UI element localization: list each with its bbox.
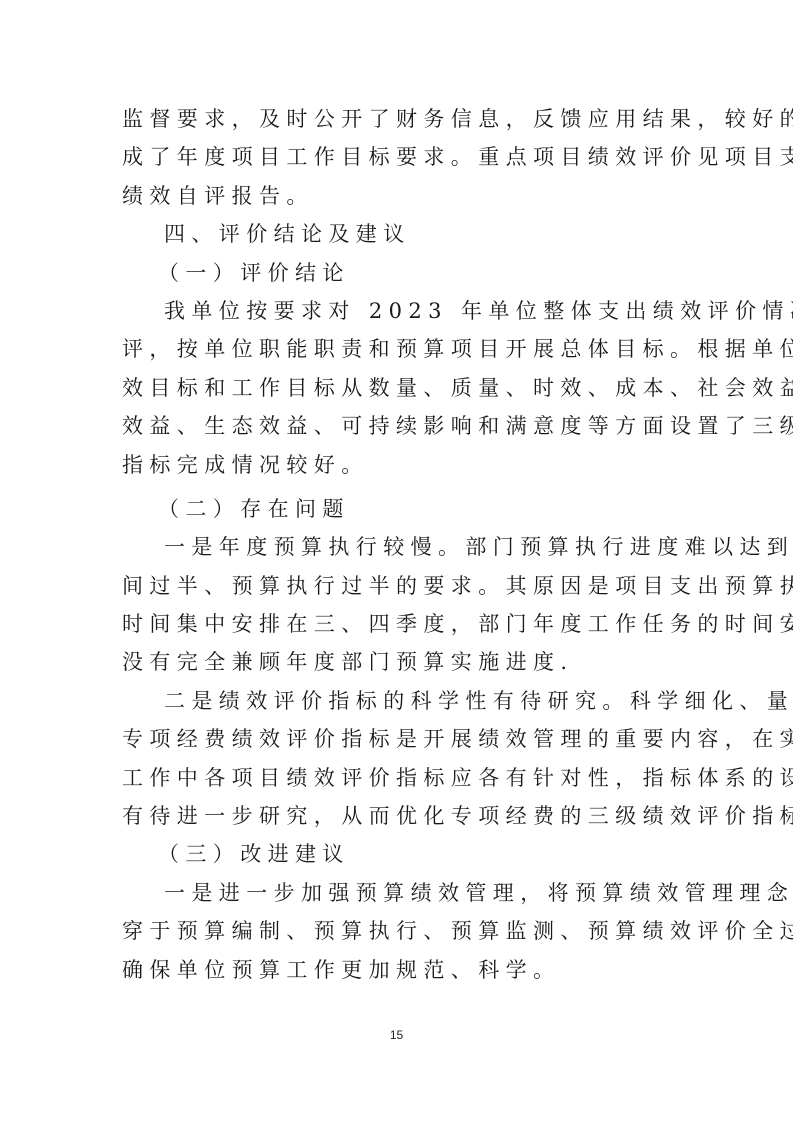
text-line: 穿于预算编制、预算执行、预算监测、预算绩效评价全过程， [122, 912, 674, 950]
text-line: 间过半、预算执行过半的要求。其原因是项目支出预算执行 [122, 567, 674, 605]
text-line: 绩效自评报告。 [122, 177, 674, 215]
text-line: 效目标和工作目标从数量、质量、时效、成本、社会效益、经济 [122, 369, 674, 407]
paragraph-suggestion-1: 一是进一步加强预算绩效管理，将预算绩效管理理念贯 穿于预算编制、预算执行、预算监… [122, 874, 674, 989]
text-line: 成了年度项目工作目标要求。重点项目绩效评价见项目支出 [122, 138, 674, 176]
text-line: 指标完成情况较好。 [122, 446, 674, 484]
subsection-heading-suggestions: （三）改进建议 [122, 835, 674, 873]
paragraph-continuation: 监督要求，及时公开了财务信息，反馈应用结果，较好的完 成了年度项目工作目标要求。… [122, 100, 674, 215]
text-line: 监督要求，及时公开了财务信息，反馈应用结果，较好的完 [122, 100, 674, 138]
text-line: 评，按单位职能职责和预算项目开展总体目标。根据单位整体绩 [122, 330, 674, 368]
text-line: 有待进一步研究，从而优化专项经费的三级绩效评价指标。 [122, 797, 674, 835]
text-line: 时间集中安排在三、四季度，部门年度工作任务的时间安排 [122, 605, 674, 643]
page-number: 15 [0, 1028, 793, 1042]
text-line: 确保单位预算工作更加规范、科学。 [122, 951, 674, 989]
subsection-heading-conclusion: （一）评价结论 [122, 254, 674, 292]
paragraph-conclusion: 我单位按要求对 2023 年单位整体支出绩效评价情况开展自 评，按单位职能职责和… [122, 292, 674, 484]
text-line: 工作中各项目绩效评价指标应各有针对性，指标体系的设立 [122, 759, 674, 797]
document-page: 监督要求，及时公开了财务信息，反馈应用结果，较好的完 成了年度项目工作目标要求。… [122, 100, 674, 989]
text-line: 二是绩效评价指标的科学性有待研究。科学细化、量化 [122, 682, 674, 720]
text-line: 效益、生态效益、可持续影响和满意度等方面设置了三级指标， [122, 407, 674, 445]
paragraph-problem-2: 二是绩效评价指标的科学性有待研究。科学细化、量化 专项经费绩效评价指标是开展绩效… [122, 682, 674, 836]
text-line: 没有完全兼顾年度部门预算实施进度. [122, 643, 674, 681]
text-line: 专项经费绩效评价指标是开展绩效管理的重要内容，在实际 [122, 720, 674, 758]
text-line: 一是进一步加强预算绩效管理，将预算绩效管理理念贯 [122, 874, 674, 912]
text-line: 一是年度预算执行较慢。部门预算执行进度难以达到时 [122, 528, 674, 566]
paragraph-problem-1: 一是年度预算执行较慢。部门预算执行进度难以达到时 间过半、预算执行过半的要求。其… [122, 528, 674, 682]
text-line: 我单位按要求对 2023 年单位整体支出绩效评价情况开展自 [122, 292, 674, 330]
subsection-heading-problems: （二）存在问题 [122, 490, 674, 528]
section-heading: 四、评价结论及建议 [122, 215, 674, 253]
